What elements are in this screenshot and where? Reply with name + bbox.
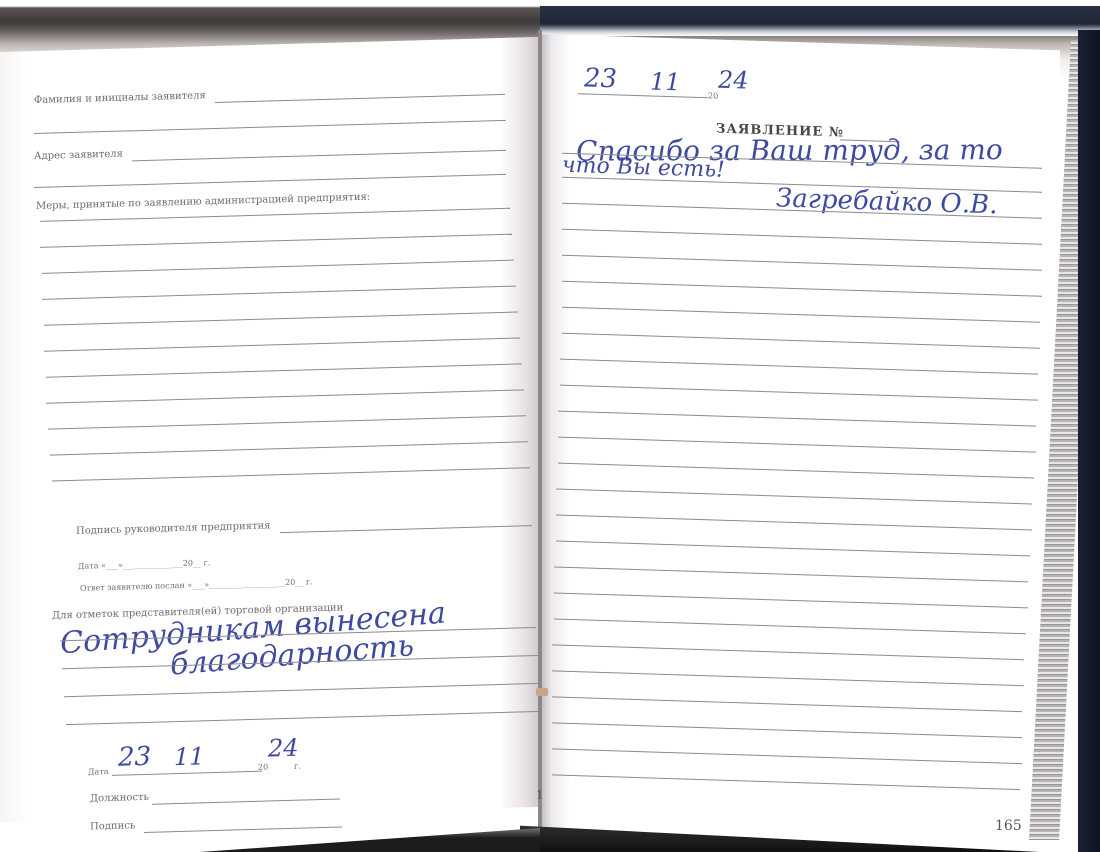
year-prefix: 20 bbox=[258, 763, 268, 772]
position-label: Должность bbox=[90, 792, 149, 805]
text-line bbox=[560, 385, 1038, 401]
applicant-address-line bbox=[132, 150, 506, 161]
text-line bbox=[552, 644, 1024, 660]
text-line bbox=[554, 618, 1026, 634]
measures-line bbox=[46, 389, 524, 403]
text-line bbox=[554, 592, 1028, 608]
text-line bbox=[562, 281, 1042, 297]
applicant-name-label: Фамилия и инициалы заявителя bbox=[34, 90, 206, 106]
decision-date-line: Дата «___»_______________20__ г. bbox=[78, 558, 210, 571]
measures-label: Меры, принятые по заявлению администраци… bbox=[36, 192, 370, 212]
text-line bbox=[552, 722, 1022, 738]
text-line bbox=[556, 489, 1032, 505]
text-line bbox=[562, 333, 1040, 349]
text-line bbox=[556, 515, 1032, 531]
text-line bbox=[554, 566, 1028, 582]
text-line bbox=[552, 748, 1022, 764]
applicant-name-line-2 bbox=[34, 120, 506, 134]
text-line bbox=[552, 774, 1020, 790]
text-line bbox=[558, 463, 1034, 479]
applicant-address-line-2 bbox=[34, 174, 506, 188]
text-line bbox=[556, 541, 1030, 557]
text-line bbox=[552, 670, 1024, 686]
header-date-line bbox=[578, 93, 708, 98]
text-line bbox=[552, 696, 1022, 712]
measures-line bbox=[50, 441, 528, 455]
handwritten-day: 23 bbox=[584, 63, 617, 94]
measures-line bbox=[44, 337, 520, 351]
reply-sent-line: Ответ заявителю послан «___»____________… bbox=[80, 577, 313, 592]
book-bottom-shadow-left bbox=[200, 812, 540, 852]
handwritten-month: 11 bbox=[650, 67, 681, 96]
date-label: Дата bbox=[88, 767, 108, 777]
measures-line bbox=[40, 234, 512, 248]
year-suffix: г. bbox=[294, 762, 301, 771]
manager-signature-label: Подпись руководителя предприятия bbox=[76, 520, 270, 536]
partial-page-number: 1 bbox=[536, 788, 544, 802]
book-cover-top bbox=[540, 6, 1100, 36]
measures-line bbox=[42, 286, 516, 300]
manager-signature-line bbox=[280, 525, 532, 533]
text-line bbox=[560, 359, 1038, 375]
measures-line bbox=[52, 467, 530, 481]
page-number: 165 bbox=[995, 818, 1022, 834]
measures-line bbox=[44, 312, 518, 326]
signature-label: Подпись bbox=[90, 820, 135, 832]
applicant-name-line bbox=[215, 94, 505, 103]
handwritten-year: 24 bbox=[268, 734, 299, 763]
handwritten-year: 24 bbox=[718, 66, 749, 95]
text-line bbox=[558, 437, 1036, 453]
handwritten-day: 23 bbox=[118, 742, 151, 773]
year-prefix: 20 bbox=[708, 91, 718, 100]
position-line bbox=[152, 799, 340, 805]
notes-line bbox=[66, 711, 542, 725]
left-page: Фамилия и инициалы заявителя Адрес заяви… bbox=[0, 37, 540, 822]
measures-line bbox=[48, 415, 526, 429]
signature-line bbox=[144, 826, 342, 833]
measures-line bbox=[46, 363, 522, 377]
text-line bbox=[562, 255, 1042, 271]
applicant-address-label: Адрес заявителя bbox=[34, 149, 123, 162]
handwritten-month: 11 bbox=[174, 742, 205, 771]
text-line bbox=[562, 229, 1042, 245]
measures-line bbox=[42, 260, 514, 274]
book-spine bbox=[538, 30, 542, 830]
notes-line bbox=[64, 683, 540, 697]
text-line bbox=[562, 307, 1040, 323]
book-cover-right bbox=[1078, 30, 1100, 852]
right-page: 23 11 20 24 ЗАЯВЛЕНИЕ № Спасибо за Ваш т… bbox=[540, 34, 1060, 850]
text-line bbox=[558, 411, 1036, 427]
page-marker bbox=[536, 688, 548, 696]
